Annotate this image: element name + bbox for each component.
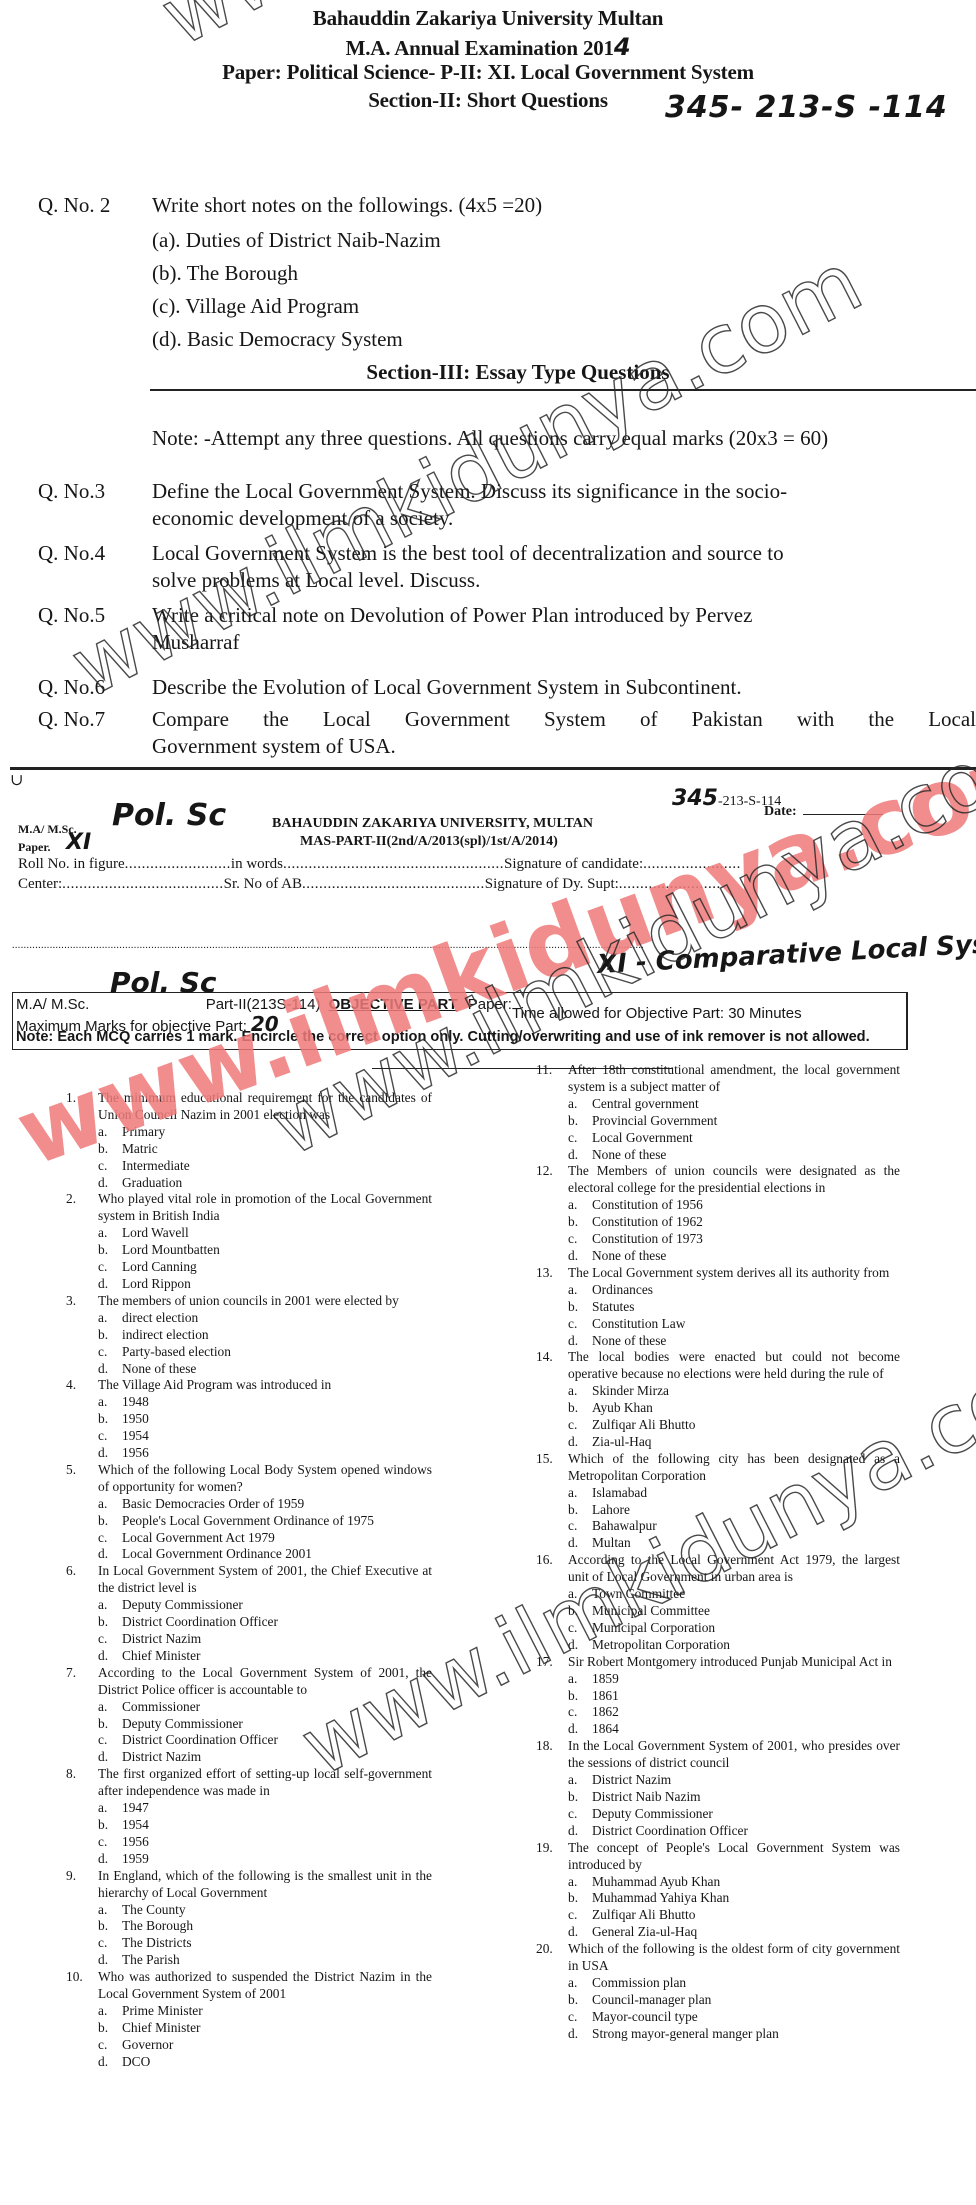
mcq-option[interactable]: b.Council-manager plan: [568, 1992, 900, 2009]
option-letter: d.: [98, 2054, 122, 2071]
option-letter: c.: [568, 1130, 592, 1147]
mcq-question: 5.Which of the following Local Body Syst…: [66, 1462, 432, 1563]
option-text: Lord Wavell: [122, 1225, 189, 1240]
mcq-number: 19.: [536, 1840, 553, 1857]
roll-no-field[interactable]: .........................: [125, 856, 231, 872]
option-text: Chief Minister: [122, 1648, 200, 1663]
option-letter: b.: [98, 1327, 122, 1344]
option-text: Deputy Commissioner: [122, 1597, 243, 1612]
option-letter: d.: [568, 1147, 592, 1164]
option-letter: b.: [98, 1817, 122, 1834]
mcq-column-right: 11.After 18th constitutional amendment, …: [536, 1062, 900, 2043]
mcq-option[interactable]: d.DCO: [98, 2054, 432, 2071]
option-text: Lord Canning: [122, 1259, 197, 1274]
mcq-option[interactable]: d.None of these: [568, 1147, 900, 1164]
mcq-number: 15.: [536, 1451, 553, 1468]
mcq-option[interactable]: c.Lord Canning: [98, 1259, 432, 1276]
in-words-label: in words: [231, 856, 283, 872]
mcq-option[interactable]: d.Metropolitan Corporation: [568, 1637, 900, 1654]
mcq-option[interactable]: c.Local Government: [568, 1130, 900, 1147]
option-text: 1954: [122, 1428, 149, 1443]
mcq-option[interactable]: c.Zulfiqar Ali Bhutto: [568, 1417, 900, 1434]
mcq-number: 8.: [66, 1766, 76, 1783]
option-letter: b.: [568, 1299, 592, 1316]
paper-label: Paper:: [468, 996, 512, 1013]
option-text: 1948: [122, 1394, 149, 1409]
option-text: The Districts: [122, 1935, 192, 1950]
option-letter: d.: [568, 2026, 592, 2043]
mcq-question: 14.The local bodies were enacted but cou…: [536, 1349, 900, 1450]
option-letter: b.: [98, 1141, 122, 1158]
signature-supt-label: Signature of Dy. Supt:: [485, 876, 619, 892]
option-letter: d.: [98, 1546, 122, 1563]
mcq-column-left: 1.The minimum educational requirement fo…: [66, 1090, 432, 2071]
mcq-option[interactable]: d.None of these: [568, 1333, 900, 1350]
mcq-option[interactable]: b.Municipal Committee: [568, 1603, 900, 1620]
mcq-stem: Which of the following city has been des…: [568, 1451, 900, 1485]
mcq-option[interactable]: a.1947: [98, 1800, 432, 1817]
session-label: MAS-PART-II(2nd/A/2013(spl)/1st/A/2014): [300, 834, 558, 850]
option-letter: b.: [98, 1716, 122, 1733]
mcq-option[interactable]: d.District Nazim: [98, 1749, 432, 1766]
mcq-option[interactable]: a.direct election: [98, 1310, 432, 1327]
option-text: Metropolitan Corporation: [592, 1637, 730, 1652]
option-letter: a.: [568, 1772, 592, 1789]
option-text: The County: [122, 1902, 186, 1917]
option-letter: c.: [568, 1806, 592, 1823]
option-letter: b.: [98, 1614, 122, 1631]
mcq-option[interactable]: b.1950: [98, 1411, 432, 1428]
option-text: District Nazim: [122, 1749, 201, 1764]
mcq-stem: Who played vital role in promotion of th…: [98, 1191, 432, 1225]
option-letter: d.: [98, 1175, 122, 1192]
mcq-stem: In Local Government System of 2001, the …: [98, 1563, 432, 1597]
mcq-option[interactable]: a.Commissioner: [98, 1699, 432, 1716]
option-text: 1959: [122, 1851, 149, 1866]
option-letter: a.: [568, 1485, 592, 1502]
date-label: Date:: [764, 804, 883, 820]
mcq-option[interactable]: a.The County: [98, 1902, 432, 1919]
option-letter: a.: [568, 1975, 592, 1992]
option-text: 1947: [122, 1800, 149, 1815]
option-letter: a.: [98, 1310, 122, 1327]
option-letter: b.: [568, 1502, 592, 1519]
option-text: 1864: [592, 1721, 619, 1736]
signature-candidate-field[interactable]: .......................: [643, 856, 741, 872]
option-text: Commissioner: [122, 1699, 200, 1714]
mcq-option[interactable]: a.Deputy Commissioner: [98, 1597, 432, 1614]
mcq-option[interactable]: a.Constitution of 1956: [568, 1197, 900, 1214]
option-letter: b.: [568, 1603, 592, 1620]
option-text: Deputy Commissioner: [592, 1806, 713, 1821]
mcq-option[interactable]: b.Provincial Government: [568, 1113, 900, 1130]
option-letter: c.: [98, 1428, 122, 1445]
divider: [150, 389, 976, 391]
option-letter: b.: [98, 2020, 122, 2037]
center-row: Center:.................................…: [18, 876, 721, 893]
degree-handwritten: Pol. Sc: [112, 798, 226, 833]
option-text: Constitution of 1973: [592, 1231, 703, 1246]
handwritten-code: 345- 213-S -114: [665, 90, 948, 125]
option-letter: b.: [568, 1400, 592, 1417]
mcq-question: 4.The Village Aid Program was introduced…: [66, 1377, 432, 1462]
option-text: Local Government: [592, 1130, 693, 1145]
option-text: Bahawalpur: [592, 1518, 657, 1533]
option-letter: d.: [98, 1276, 122, 1293]
option-text: Skinder Mirza: [592, 1383, 669, 1398]
option-text: Statutes: [592, 1299, 634, 1314]
mcq-question: 1.The minimum educational requirement fo…: [66, 1090, 432, 1191]
mcq-stem: The first organized effort of setting-up…: [98, 1766, 432, 1800]
option-letter: b.: [568, 1214, 592, 1231]
option-letter: c.: [98, 1732, 122, 1749]
option-text: The Borough: [122, 1918, 193, 1933]
mcq-option[interactable]: d.Chief Minister: [98, 1648, 432, 1665]
mcq-option[interactable]: b.1861: [568, 1688, 900, 1705]
mcq-option[interactable]: d.The Parish: [98, 1952, 432, 1969]
mcq-option[interactable]: d.None of these: [98, 1361, 432, 1378]
option-text: 1956: [122, 1834, 149, 1849]
mcq-number: 13.: [536, 1265, 553, 1282]
option-letter: a.: [98, 1800, 122, 1817]
option-text: General Zia-ul-Haq: [592, 1924, 697, 1939]
mcq-number: 14.: [536, 1349, 553, 1366]
mcq-option[interactable]: d.Graduation: [98, 1175, 432, 1192]
option-text: direct election: [122, 1310, 198, 1325]
mcq-number: 1.: [66, 1090, 76, 1107]
option-letter: d.: [568, 1823, 592, 1840]
objective-title: OBJECTIVE PART: [329, 996, 458, 1013]
option-letter: c.: [568, 1231, 592, 1248]
mcq-stem: Who was authorized to suspended the Dist…: [98, 1969, 432, 2003]
mcq-question: 10.Who was authorized to suspended the D…: [66, 1969, 432, 2070]
mcq-option[interactable]: c.1954: [98, 1428, 432, 1445]
mcq-option[interactable]: d.1956: [98, 1445, 432, 1462]
mcq-option[interactable]: c.Party-based election: [98, 1344, 432, 1361]
mcq-option[interactable]: a.1948: [98, 1394, 432, 1411]
q2-item: (b). The Borough: [152, 261, 298, 286]
option-letter: a.: [98, 1902, 122, 1919]
option-text: District Naib Nazim: [592, 1789, 701, 1804]
option-text: 1859: [592, 1671, 619, 1686]
option-text: 1954: [122, 1817, 149, 1832]
mcq-number: 10.: [66, 1969, 83, 1986]
option-letter: a.: [568, 1383, 592, 1400]
mcq-question: 8.The first organized effort of setting-…: [66, 1766, 432, 1867]
option-text: Zulfiqar Ali Bhutto: [592, 1907, 695, 1922]
option-text: Muhammad Yahiya Khan: [592, 1890, 729, 1905]
mcq-question: 20.Which of the following is the oldest …: [536, 1941, 900, 2042]
mcq-option[interactable]: c.Governor: [98, 2037, 432, 2054]
mcq-number: 5.: [66, 1462, 76, 1479]
center-label: Center:: [18, 876, 62, 892]
option-letter: c.: [98, 1834, 122, 1851]
option-letter: b.: [568, 1992, 592, 2009]
objective-line-1: M.A/ M.Sc. Part-II(213S-114) OBJECTIVE P…: [16, 996, 512, 1013]
option-text: Muhammad Ayub Khan: [592, 1874, 720, 1889]
roll-no-label: Roll No. in figure: [18, 856, 125, 872]
option-letter: b.: [568, 1688, 592, 1705]
mcq-option[interactable]: a.Commission plan: [568, 1975, 900, 1992]
option-letter: c.: [98, 1158, 122, 1175]
section3-title: Section-III: Essay Type Questions: [0, 360, 976, 385]
option-letter: a.: [98, 1699, 122, 1716]
mcq-option[interactable]: d.Strong mayor-general manger plan: [568, 2026, 900, 2043]
option-text: Zia-ul-Haq: [592, 1434, 652, 1449]
question-number: Q. No. 2: [38, 192, 148, 218]
mcq-stem: The members of union councils in 2001 we…: [98, 1293, 432, 1310]
mcq-option[interactable]: c.Zulfiqar Ali Bhutto: [568, 1907, 900, 1924]
mcq-option[interactable]: c.Constitution of 1973: [568, 1231, 900, 1248]
mcq-option[interactable]: a.Town Committee: [568, 1586, 900, 1603]
mcq-option[interactable]: d.Local Government Ordinance 2001: [98, 1546, 432, 1563]
mcq-option[interactable]: d.1959: [98, 1851, 432, 1868]
mcq-option[interactable]: b.People's Local Government Ordinance of…: [98, 1513, 432, 1530]
roll-no-row: Roll No. in figure......................…: [18, 856, 741, 873]
mcq-option[interactable]: b.Constitution of 1962: [568, 1214, 900, 1231]
mcq-question: 12.The Members of union councils were de…: [536, 1163, 900, 1264]
mcq-option[interactable]: d.None of these: [568, 1248, 900, 1265]
mcq-question: 17.Sir Robert Montgomery introduced Punj…: [536, 1654, 900, 1739]
mcq-number: 17.: [536, 1654, 553, 1671]
handwritten-year-digit: 4: [614, 33, 631, 61]
objective-degree-handwritten: Pol. Sc: [110, 966, 217, 999]
option-text: 1956: [122, 1445, 149, 1460]
option-letter: d.: [98, 1851, 122, 1868]
option-text: Basic Democracies Order of 1959: [122, 1496, 304, 1511]
mcq-option[interactable]: c.Deputy Commissioner: [568, 1806, 900, 1823]
option-letter: d.: [568, 1721, 592, 1738]
option-letter: c.: [568, 1316, 592, 1333]
mcq-option[interactable]: c.1956: [98, 1834, 432, 1851]
mcq-option[interactable]: b.indirect election: [98, 1327, 432, 1344]
option-text: Constitution of 1956: [592, 1197, 703, 1212]
mcq-option[interactable]: b.Matric: [98, 1141, 432, 1158]
option-letter: c.: [568, 1704, 592, 1721]
option-text: Lahore: [592, 1502, 630, 1517]
option-letter: c.: [568, 2009, 592, 2026]
mcq-option[interactable]: c.Municipal Corporation: [568, 1620, 900, 1637]
mcq-option[interactable]: d.District Coordination Officer: [568, 1823, 900, 1840]
option-text: 1861: [592, 1688, 619, 1703]
mcq-question: 2.Who played vital role in promotion of …: [66, 1191, 432, 1292]
cut-line: ........................................…: [12, 940, 644, 951]
option-letter: b.: [98, 1513, 122, 1530]
mcq-stem: Which of the following is the oldest for…: [568, 1941, 900, 1975]
mcq-option[interactable]: b.District Coordination Officer: [98, 1614, 432, 1631]
mcq-question: 9.In England, which of the following is …: [66, 1868, 432, 1969]
q2-item: (a). Duties of District Naib-Nazim: [152, 228, 441, 253]
mcq-question: 3.The members of union councils in 2001 …: [66, 1293, 432, 1378]
option-letter: b.: [568, 1789, 592, 1806]
mcq-option[interactable]: c.Bahawalpur: [568, 1518, 900, 1535]
option-text: Multan: [592, 1535, 631, 1550]
mcq-option[interactable]: a.Basic Democracies Order of 1959: [98, 1496, 432, 1513]
option-letter: d.: [98, 1648, 122, 1665]
part-label: Part-II(213S-114): [206, 996, 321, 1013]
option-text: Party-based election: [122, 1344, 231, 1359]
option-text: Lord Rippon: [122, 1276, 191, 1291]
mcq-option[interactable]: d.Multan: [568, 1535, 900, 1552]
mcq-option[interactable]: b.Muhammad Yahiya Khan: [568, 1890, 900, 1907]
option-text: The Parish: [122, 1952, 180, 1967]
option-letter: d.: [568, 1535, 592, 1552]
option-text: District Coordination Officer: [592, 1823, 748, 1838]
mcq-option[interactable]: a.Ordinances: [568, 1282, 900, 1299]
mcq-option[interactable]: d.1864: [568, 1721, 900, 1738]
option-letter: a.: [568, 1874, 592, 1891]
mcq-option[interactable]: b.Statutes: [568, 1299, 900, 1316]
mcq-option[interactable]: a.Primary: [98, 1124, 432, 1141]
option-text: District Coordination Officer: [122, 1614, 278, 1629]
mcq-option[interactable]: c.District Nazim: [98, 1631, 432, 1648]
mcq-option[interactable]: a.District Nazim: [568, 1772, 900, 1789]
option-text: Lord Mountbatten: [122, 1242, 220, 1257]
option-text: Ordinances: [592, 1282, 653, 1297]
option-letter: b.: [568, 1113, 592, 1130]
mcq-option[interactable]: c.District Coordination Officer: [98, 1732, 432, 1749]
mcq-option[interactable]: b.Deputy Commissioner: [98, 1716, 432, 1733]
mcq-option[interactable]: c.Intermediate: [98, 1158, 432, 1175]
mcq-option[interactable]: b.Lord Mountbatten: [98, 1242, 432, 1259]
option-text: Constitution of 1962: [592, 1214, 703, 1229]
mcq-option[interactable]: a.Central government: [568, 1096, 900, 1113]
mcq-question: 7.According to the Local Government Syst…: [66, 1665, 432, 1766]
mcq-number: 16.: [536, 1552, 553, 1569]
answer-sheet-university: BAHAUDDIN ZAKARIYA UNIVERSITY, MULTAN: [272, 816, 593, 832]
option-text: District Nazim: [122, 1631, 201, 1646]
paper-bottom-divider: [10, 767, 976, 770]
mcq-stem: The Village Aid Program was introduced i…: [98, 1377, 432, 1394]
option-letter: c.: [98, 1259, 122, 1276]
option-text: District Nazim: [592, 1772, 671, 1787]
option-letter: d.: [98, 1952, 122, 1969]
option-letter: d.: [568, 1637, 592, 1654]
option-text: Local Government Ordinance 2001: [122, 1546, 312, 1561]
option-letter: c.: [568, 1417, 592, 1434]
option-text: People's Local Government Ordinance of 1…: [122, 1513, 374, 1528]
mcq-option[interactable]: b.1954: [98, 1817, 432, 1834]
option-text: Matric: [122, 1141, 158, 1156]
mcq-option[interactable]: b.Ayub Khan: [568, 1400, 900, 1417]
option-letter: c.: [568, 1907, 592, 1924]
center-field[interactable]: ......................................: [62, 876, 224, 892]
option-letter: d.: [98, 1749, 122, 1766]
option-text: Central government: [592, 1096, 699, 1111]
option-letter: b.: [98, 1411, 122, 1428]
option-letter: d.: [98, 1445, 122, 1462]
mcq-option[interactable]: d.Zia-ul-Haq: [568, 1434, 900, 1451]
option-letter: c.: [98, 1344, 122, 1361]
mcq-question: 18.In the Local Government System of 200…: [536, 1738, 900, 1839]
mcq-option[interactable]: c.Mayor-council type: [568, 2009, 900, 2026]
mcq-option[interactable]: a.1859: [568, 1671, 900, 1688]
option-letter: b.: [98, 1242, 122, 1259]
signature-candidate-label: Signature of candidate:: [504, 856, 643, 872]
mcq-option[interactable]: b.Chief Minister: [98, 2020, 432, 2037]
option-letter: a.: [568, 1586, 592, 1603]
mcq-stem: Sir Robert Montgomery introduced Punjab …: [568, 1654, 900, 1671]
mcq-number: 3.: [66, 1293, 76, 1310]
mcq-option[interactable]: a.Islamabad: [568, 1485, 900, 1502]
in-words-field[interactable]: ........................................…: [283, 856, 504, 872]
mcq-stem: The Members of union councils were desig…: [568, 1163, 900, 1197]
mcq-option[interactable]: b.The Borough: [98, 1918, 432, 1935]
scan-mark: ∪: [10, 770, 23, 790]
university-title: Bahauddin Zakariya University Multan: [0, 6, 976, 31]
option-text: Primary: [122, 1124, 165, 1139]
mcq-option[interactable]: b.Lahore: [568, 1502, 900, 1519]
option-text: None of these: [592, 1333, 666, 1348]
mcq-option[interactable]: c.Local Government Act 1979: [98, 1530, 432, 1547]
option-letter: a.: [98, 1597, 122, 1614]
mcq-number: 7.: [66, 1665, 76, 1682]
q2-item: (c). Village Aid Program: [152, 294, 359, 319]
time-allowed: Time allowed for Objective Part: 30 Minu…: [512, 1005, 802, 1022]
mcq-option[interactable]: c.The Districts: [98, 1935, 432, 1952]
option-text: Council-manager plan: [592, 1992, 711, 2007]
mcq-option[interactable]: d.Lord Rippon: [98, 1276, 432, 1293]
option-text: 1862: [592, 1704, 619, 1719]
objective-paper-handwritten: XI - Comparative Local System: [596, 927, 976, 980]
option-text: None of these: [592, 1147, 666, 1162]
option-text: Town Committee: [592, 1586, 685, 1601]
mcq-stem: According to the Local Government Act 19…: [568, 1552, 900, 1586]
mcq-option[interactable]: a.Skinder Mirza: [568, 1383, 900, 1400]
option-letter: c.: [98, 1631, 122, 1648]
mcq-question: 15.Which of the following city has been …: [536, 1451, 900, 1552]
option-text: Governor: [122, 2037, 173, 2052]
option-letter: d.: [568, 1924, 592, 1941]
objective-note: Note: Each MCQ carries 1 mark. Encircle …: [16, 1029, 870, 1045]
option-text: Ayub Khan: [592, 1400, 653, 1415]
option-text: Local Government Act 1979: [122, 1530, 275, 1545]
section3-note: Note: -Attempt any three questions. All …: [152, 426, 828, 451]
paper-handwritten: XI: [66, 830, 91, 855]
option-text: Deputy Commissioner: [122, 1716, 243, 1731]
sr-no-field[interactable]: ........................................…: [302, 876, 485, 892]
mcq-stem: In England, which of the following is th…: [98, 1868, 432, 1902]
option-letter: d.: [568, 1333, 592, 1350]
mcq-option[interactable]: a.Prime Minister: [98, 2003, 432, 2020]
option-text: Prime Minister: [122, 2003, 203, 2018]
q2-item: (d). Basic Democracy System: [152, 327, 403, 352]
option-text: DCO: [122, 2054, 150, 2069]
mcq-option[interactable]: c.1862: [568, 1704, 900, 1721]
mcq-option[interactable]: a.Lord Wavell: [98, 1225, 432, 1242]
signature-supt-field[interactable]: ........................: [619, 876, 721, 892]
mcq-stem: According to the Local Government System…: [98, 1665, 432, 1699]
mcq-question: 16.According to the Local Government Act…: [536, 1552, 900, 1653]
option-text: None of these: [592, 1248, 666, 1263]
mcq-number: 4.: [66, 1377, 76, 1394]
mcq-number: 12.: [536, 1163, 553, 1180]
option-text: Chief Minister: [122, 2020, 200, 2035]
mcq-stem: Which of the following Local Body System…: [98, 1462, 432, 1496]
mcq-option[interactable]: b.District Naib Nazim: [568, 1789, 900, 1806]
question-text: Write short notes on the followings. (4x…: [152, 192, 972, 218]
mcq-stem: In the Local Government System of 2001, …: [568, 1738, 900, 1772]
exam-title: M.A. Annual Examination 2014: [0, 33, 976, 61]
mcq-question: 13.The Local Government system derives a…: [536, 1265, 900, 1350]
option-letter: d.: [98, 1361, 122, 1378]
option-letter: a.: [568, 1096, 592, 1113]
option-text: Intermediate: [122, 1158, 190, 1173]
option-letter: c.: [98, 1530, 122, 1547]
mcq-option[interactable]: c.Constitution Law: [568, 1316, 900, 1333]
mcq-option[interactable]: d.General Zia-ul-Haq: [568, 1924, 900, 1941]
mcq-option[interactable]: a.Muhammad Ayub Khan: [568, 1874, 900, 1891]
